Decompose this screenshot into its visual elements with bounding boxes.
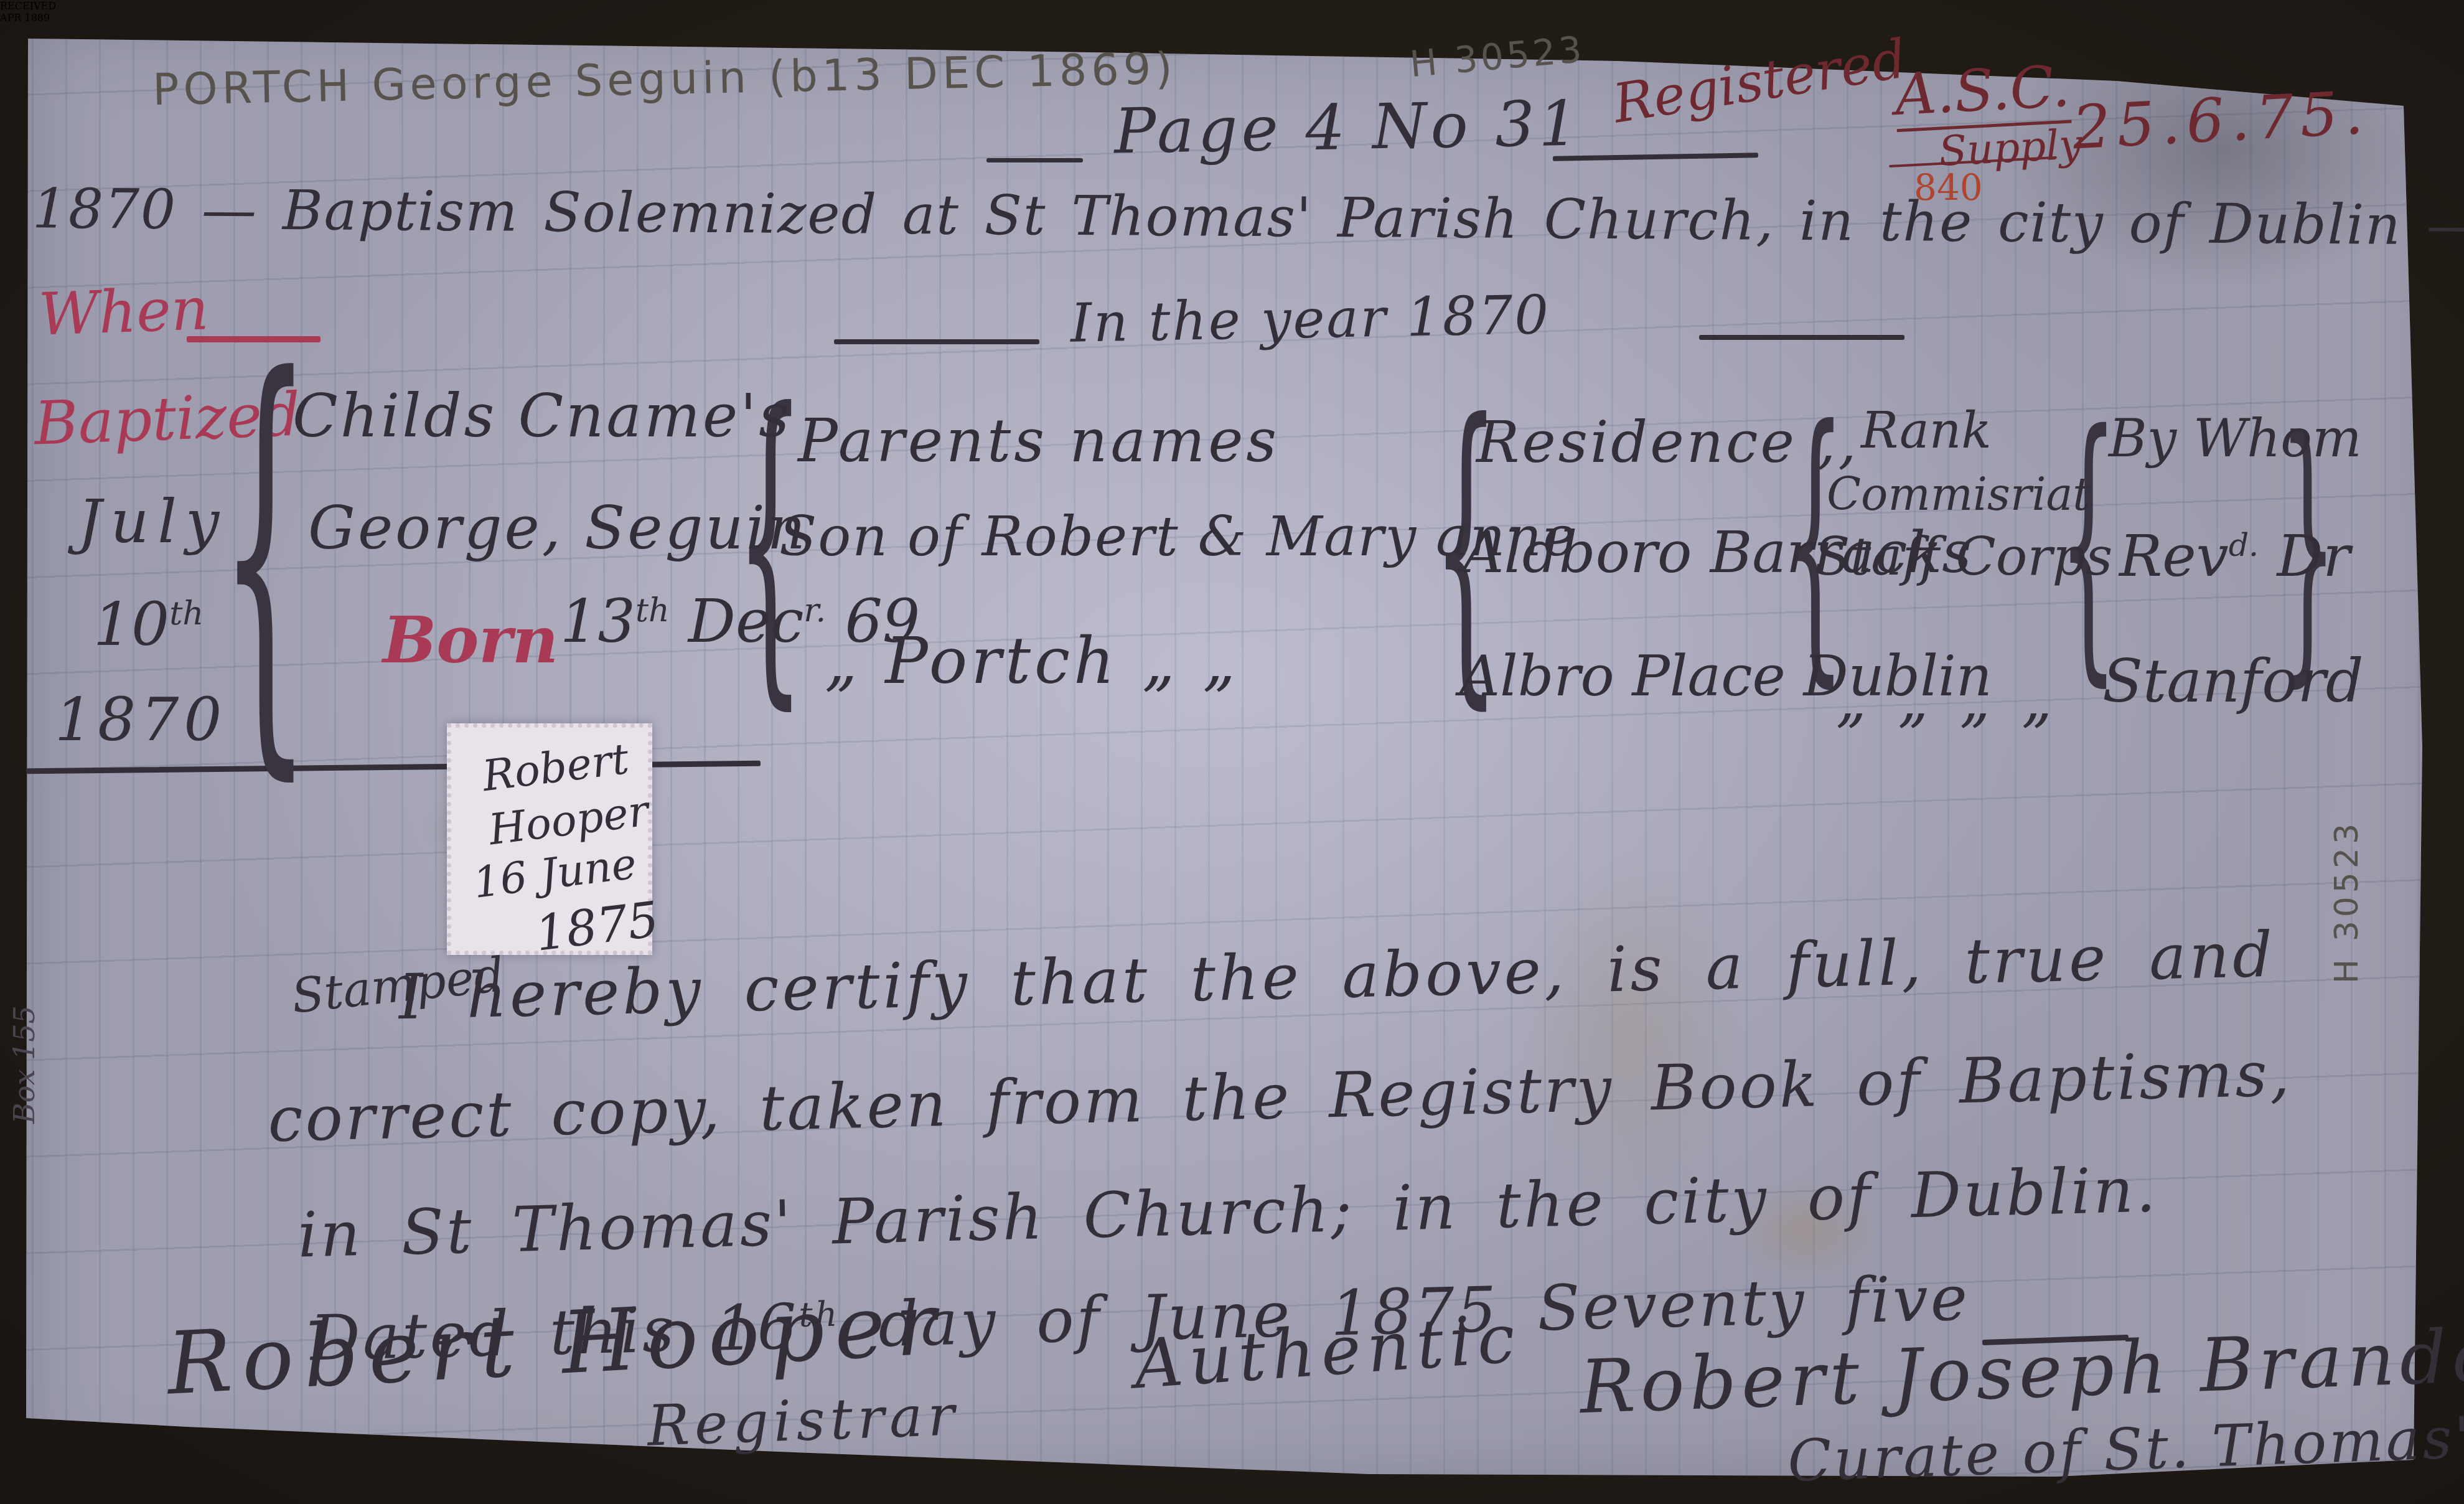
received-stamp-word: RECEIVED: [0, 0, 2464, 12]
red-date-annotation: 25.6.75.: [2071, 83, 2371, 158]
asc-annotation: A.S.C.: [1893, 58, 2071, 133]
baptized-year: 1870: [55, 690, 227, 750]
when-label: When: [37, 280, 209, 344]
parents-line1: Son of Robert & Mary anne: [779, 509, 1576, 564]
bywhom-line1: Revd. Dr: [2119, 528, 2350, 585]
rank-ditto: „ „ „ „: [1836, 671, 2058, 730]
received-stamp-date: APR 1889: [0, 12, 2464, 24]
left-margin-annotation: Box 155: [10, 962, 39, 1124]
rank-header-1: Rank: [1861, 406, 1992, 456]
parents-header: Parents names: [798, 412, 1280, 471]
bywhom-dr: Dr: [2259, 523, 2350, 590]
stamp-overwrite-4: 1875: [533, 895, 662, 959]
year-dash-left: [834, 339, 1039, 344]
baptized-day-num: 10: [93, 590, 169, 659]
born-day: 13: [560, 588, 635, 656]
bywhom-line2: Stanford: [2102, 652, 2364, 712]
born-day-suffix: th: [635, 592, 670, 629]
baptized-day-suffix: th: [169, 595, 204, 632]
pencil-annotation-ref-vertical: H 30523: [2331, 710, 2363, 984]
parents-line2: „ Portch „ „: [825, 630, 1239, 693]
bywhom-rev-sup: d.: [2229, 527, 2259, 563]
rank-header-2: Commisriat: [1827, 472, 2091, 517]
born-month: Dec: [688, 588, 804, 656]
residence-header: Residence ,,: [1476, 414, 1859, 471]
registrar-title: Registrar: [647, 1388, 960, 1454]
bywhom-rev: Rev: [2119, 523, 2229, 590]
baptized-day: 10th: [93, 595, 204, 654]
child-name-header: Childs Cname's: [293, 387, 792, 446]
born-label: Born: [383, 609, 558, 672]
rank-header-3: Staff Corps: [1814, 530, 2112, 583]
bywhom-header: By Whom: [2109, 412, 2362, 464]
baptized-month: July: [78, 492, 228, 552]
page-line-dash-left: [986, 158, 1083, 162]
page-number-line: Page 4 No 31: [1113, 92, 1582, 162]
year-line: In the year 1870: [1070, 288, 1550, 350]
title-line: 1870 — Baptism Solemnized at St Thomas' …: [32, 181, 2464, 253]
child-name-value: George, Seguin: [308, 499, 808, 558]
year-dash-right: [1699, 335, 1904, 340]
born-month-suffix: r.: [803, 592, 826, 629]
received-stamp: RECEIVED APR 1889: [0, 0, 2464, 24]
supply-annotation: Supply: [1937, 124, 2083, 172]
